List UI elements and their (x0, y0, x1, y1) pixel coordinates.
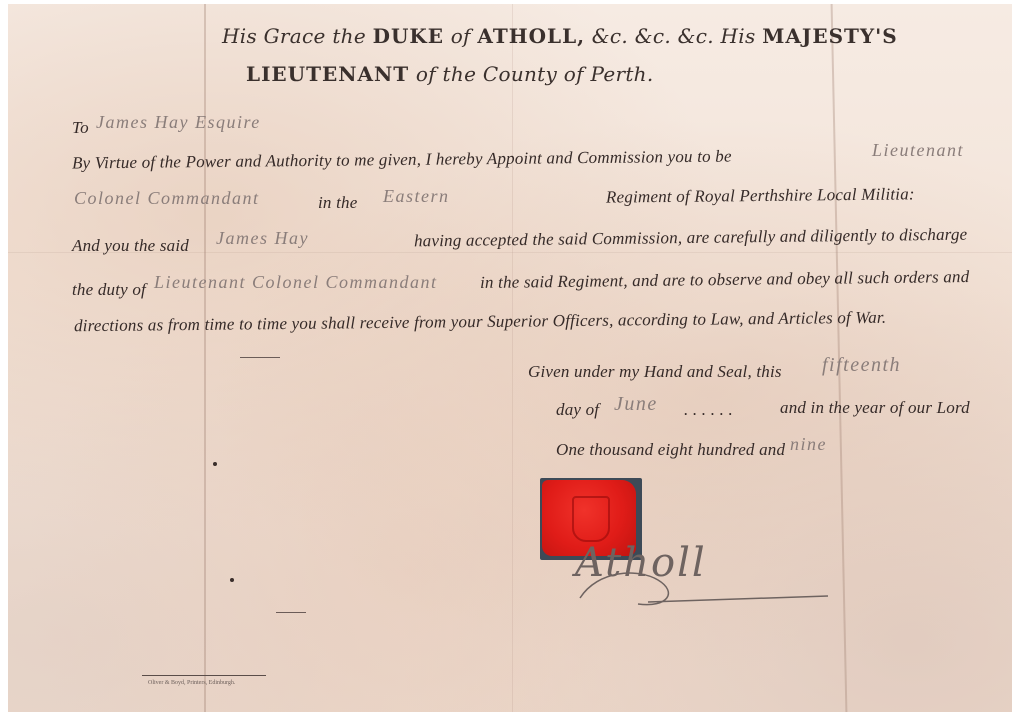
signature: Atholl (575, 540, 707, 586)
header-majesty: MAJESTY'S (762, 24, 898, 48)
imprint-rule (142, 675, 266, 676)
header-text: &c. &c. &c. His (585, 24, 762, 48)
year-line: One thousand eight hundred and (556, 440, 785, 460)
header-lieutenant: LIEUTENANT (246, 62, 409, 86)
coat-of-arms-icon (572, 496, 610, 542)
fold-crease (204, 4, 206, 712)
header-line-2: LIEUTENANT of the County of Perth. (246, 62, 654, 86)
year-text: and in the year of our Lord (780, 398, 970, 418)
body-line-4-start: the duty of (72, 280, 146, 300)
body-line-2-mid: in the (318, 193, 357, 213)
body-line-3-start: And you the said (72, 236, 189, 256)
day-fill: fifteenth (822, 354, 901, 377)
header-text: His Grace the (222, 24, 373, 48)
month-dots: . . . . . . (684, 400, 733, 420)
given-text: Given under my Hand and Seal, this (528, 362, 782, 382)
to-label: To (72, 118, 89, 138)
ink-dash (276, 612, 306, 613)
day-of-text: day of (556, 400, 599, 420)
year-fill: nine (790, 434, 827, 455)
ink-speck (230, 578, 234, 582)
rank-fill-2: Colonel Commandant (74, 188, 260, 209)
name-fill: James Hay (216, 228, 309, 249)
ink-dash (240, 357, 280, 358)
printer-imprint: Oliver & Boyd, Printers, Edinburgh. (148, 680, 235, 686)
duty-fill: Lieutenant Colonel Commandant (154, 272, 438, 293)
month-fill: June (614, 393, 658, 416)
header-name: ATHOLL, (477, 24, 585, 48)
header-text: of the County of Perth. (409, 62, 653, 86)
regiment-fill: Eastern (383, 186, 450, 207)
ink-speck (213, 462, 217, 466)
recipient-name: James Hay Esquire (96, 112, 261, 133)
header-text: of (444, 24, 477, 48)
rank-fill-1: Lieutenant (872, 140, 964, 161)
header-line-1: His Grace the DUKE of ATHOLL, &c. &c. &c… (222, 24, 898, 48)
header-title: DUKE (373, 24, 444, 48)
fold-crease (512, 4, 513, 712)
body-line-2-end: Regiment of Royal Perthshire Local Milit… (606, 184, 915, 207)
